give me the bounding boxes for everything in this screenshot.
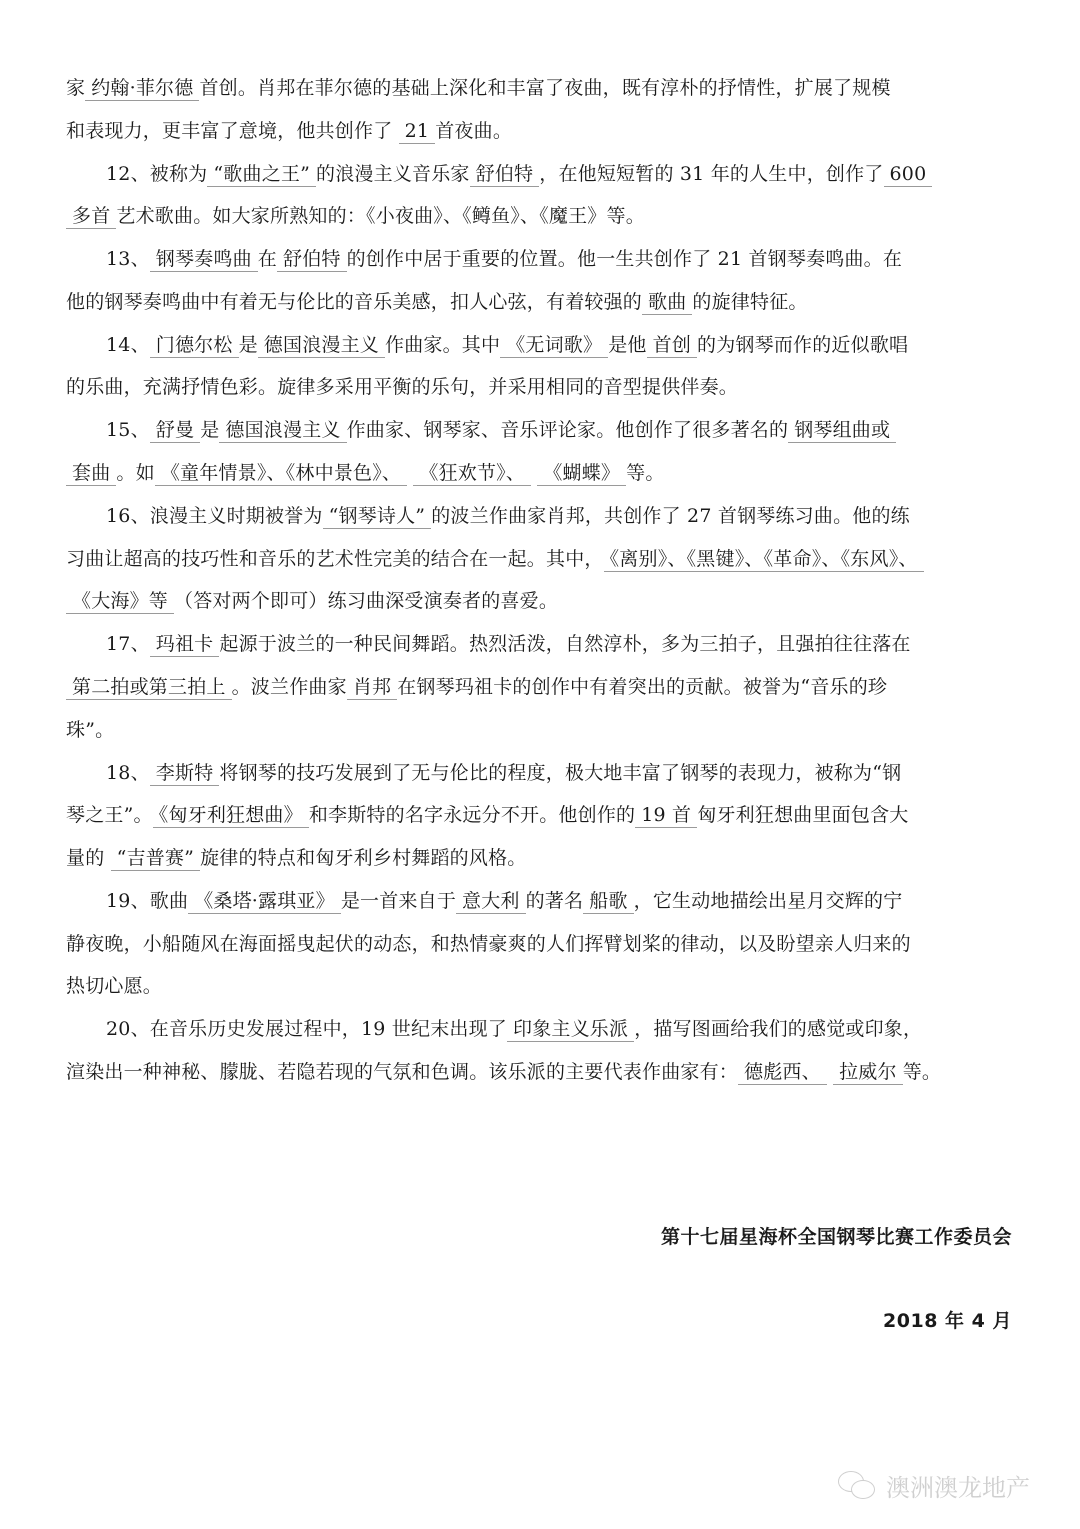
text-line: 他的钢琴奏鸣曲中有着无与伦比的音乐美感，扣人心弦，有着较强的歌曲的旋律特征。 — [66, 290, 1016, 314]
text-run: （答对两个即可）练习曲深受演奏者的喜爱。 — [174, 590, 558, 612]
answer-blank: “歌曲之王” — [207, 163, 316, 187]
answer-blank: 《蝴蝶》 — [537, 462, 626, 486]
text-run: 20、在音乐历史发展过程中，19 世纪末出现了 — [106, 1018, 507, 1040]
text-run: 的浪漫主义音乐家 — [316, 163, 470, 185]
text-run: 他的钢琴奏鸣曲中有着无与伦比的音乐美感，扣人心弦，有着较强的 — [66, 291, 642, 313]
text-run: 13、 — [106, 248, 150, 270]
signature-date: 2018 年 4 月 — [883, 1306, 1012, 1333]
answer-blank: 玛祖卡 — [150, 633, 220, 657]
text-run: 等。 — [903, 1061, 941, 1083]
text-run: 首创。肖邦在菲尔德的基础上深化和丰富了夜曲，既有淳朴的抒情性，扩展了规模 — [199, 77, 890, 99]
answer-blank: 舒伯特 — [277, 248, 347, 272]
text-run: 静夜晚，小船随风在海面摇曳起伏的动态，和热情豪爽的人们挥臂划桨的律动，以及盼望亲… — [66, 933, 911, 955]
text-run: 18、 — [106, 762, 150, 784]
text-line: 13、钢琴奏鸣曲在舒伯特的创作中居于重要的位置。他一生共创作了 21 首钢琴奏鸣… — [106, 247, 1016, 271]
text-line: 《大海》等（答对两个即可）练习曲深受演奏者的喜爱。 — [66, 589, 1016, 613]
answer-blank: 《离别》、《黑键》、《革命》、《东风》、 — [604, 548, 924, 572]
text-run: 19、歌曲 — [106, 890, 188, 912]
text-line: 第二拍或第三拍上。波兰作曲家肖邦在钢琴玛祖卡的创作中有着突出的贡献。被誉为“音乐… — [66, 675, 1016, 699]
text-run: 习曲让超高的技巧性和音乐的艺术性完美的结合在一起。其中， — [66, 548, 604, 570]
text-run: 热切心愿。 — [66, 975, 162, 997]
text-run: 是他 — [608, 334, 646, 356]
text-run: 。波兰作曲家 — [232, 676, 347, 698]
wechat-icon — [838, 1471, 878, 1501]
answer-blank: 钢琴组曲或 — [788, 419, 896, 443]
answer-blank: 首创 — [647, 334, 697, 358]
answer-blank: 套曲 — [66, 462, 116, 486]
text-run: 16、浪漫主义时期被誉为 — [106, 505, 323, 527]
watermark-text: 澳洲澳龙地产 — [886, 1468, 1030, 1503]
text-line: 14、门德尔松是德国浪漫主义作曲家。其中《无词歌》是他首创的为钢琴而作的近似歌唱 — [106, 333, 1016, 357]
answer-blank: 李斯特 — [150, 762, 220, 786]
text-line: 渲染出一种神秘、朦胧、若隐若现的气氛和色调。该乐派的主要代表作曲家有：德彪西、 … — [66, 1060, 1016, 1084]
text-line: 19、歌曲《桑塔·露琪亚》是一首来自于意大利的著名船歌，它生动地描绘出星月交辉的… — [106, 889, 1016, 913]
answer-blank: 拉威尔 — [833, 1061, 903, 1085]
text-line: 15、舒曼是德国浪漫主义作曲家、钢琴家、音乐评论家。他创作了很多著名的钢琴组曲或 — [106, 418, 1016, 442]
answer-blank: 《狂欢节》、 — [413, 462, 531, 486]
answer-blank: 600 — [884, 163, 933, 187]
answer-blank: 门德尔松 — [150, 334, 239, 358]
text-run: 的著名 — [526, 890, 584, 912]
text-run: 珠”。 — [66, 719, 114, 741]
text-run: 在 — [258, 248, 277, 270]
text-run: 是 — [200, 419, 219, 441]
text-run: 首夜曲。 — [435, 120, 512, 142]
document-page: 家约翰·菲尔德首创。肖邦在菲尔德的基础上深化和丰富了夜曲，既有淳朴的抒情性，扩展… — [0, 0, 1080, 1529]
text-line: 热切心愿。 — [66, 974, 1016, 998]
text-run: ，它生动地描绘出星月交辉的宁 — [634, 890, 903, 912]
text-line: 和表现力，更丰富了意境，他共创作了 21首夜曲。 — [66, 119, 1016, 143]
text-run: 渲染出一种神秘、朦胧、若隐若现的气氛和色调。该乐派的主要代表作曲家有： — [66, 1061, 738, 1083]
text-run: 匈牙利狂想曲里面包含大 — [697, 804, 908, 826]
answer-blank: 《桑塔·露琪亚》 — [188, 890, 341, 914]
text-line: 17、玛祖卡起源于波兰的一种民间舞蹈。热烈活泼，自然淳朴，多为三拍子，且强拍往往… — [106, 632, 1016, 656]
text-line: 量的 “吉普赛”旋律的特点和匈牙利乡村舞蹈的风格。 — [66, 846, 1016, 870]
text-run: 作曲家、钢琴家、音乐评论家。他创作了很多著名的 — [347, 419, 789, 441]
text-run: 量的 — [66, 847, 111, 869]
answer-blank: 德国浪漫主义 — [219, 419, 346, 443]
answer-blank: “钢琴诗人” — [323, 505, 432, 529]
text-run: 的为钢琴而作的近似歌唱 — [697, 334, 908, 356]
text-run: 和表现力，更丰富了意境，他共创作了 — [66, 120, 399, 142]
text-line: 家约翰·菲尔德首创。肖邦在菲尔德的基础上深化和丰富了夜曲，既有淳朴的抒情性，扩展… — [66, 76, 1016, 100]
text-line: 12、被称为“歌曲之王”的浪漫主义音乐家舒伯特，在他短短暂的 31 年的人生中，… — [106, 162, 1016, 186]
text-line: 的乐曲，充满抒情色彩。旋律多采用平衡的乐句，并采用相同的音型提供伴奏。 — [66, 375, 1016, 399]
text-run: 的创作中居于重要的位置。他一生共创作了 21 首钢琴奏鸣曲。在 — [347, 248, 902, 270]
answer-blank: 约翰·菲尔德 — [85, 77, 199, 101]
text-run: 14、 — [106, 334, 150, 356]
text-run: 17、 — [106, 633, 150, 655]
watermark: 澳洲澳龙地产 — [838, 1468, 1030, 1503]
text-run: 是 — [239, 334, 258, 356]
text-line: 多首艺术歌曲。如大家所熟知的：《小夜曲》、《鳟鱼》、《魔王》等。 — [66, 204, 1016, 228]
answer-blank: 多首 — [66, 205, 116, 229]
answer-blank: 德彪西、 — [738, 1061, 827, 1085]
text-run: 旋律的特点和匈牙利乡村舞蹈的风格。 — [200, 847, 526, 869]
answer-blank: 《大海》等 — [66, 590, 174, 614]
text-run: 起源于波兰的一种民间舞蹈。热烈活泼，自然淳朴，多为三拍子，且强拍往往落在 — [219, 633, 910, 655]
text-run: 艺术歌曲。如大家所熟知的：《小夜曲》、《鳟鱼》、《魔王》等。 — [116, 205, 645, 227]
text-run: 作曲家。其中 — [385, 334, 500, 356]
text-line: 习曲让超高的技巧性和音乐的艺术性完美的结合在一起。其中，《离别》、《黑键》、《革… — [66, 547, 1016, 571]
answer-blank: 舒伯特 — [470, 163, 540, 187]
text-run: 家 — [66, 77, 85, 99]
answer-blank: 《童年情景》、《林中景色》、 — [155, 462, 407, 486]
answer-blank: 《匈牙利狂想曲》 — [153, 804, 309, 828]
answer-blank: 歌曲 — [642, 291, 692, 315]
text-run: 琴之王”。 — [66, 804, 153, 826]
text-run: 和李斯特的名字永远分不开。他创作的 — [309, 804, 635, 826]
text-line: 琴之王”。《匈牙利狂想曲》和李斯特的名字永远分不开。他创作的19 首匈牙利狂想曲… — [66, 803, 1016, 827]
text-run: 的乐曲，充满抒情色彩。旋律多采用平衡的乐句，并采用相同的音型提供伴奏。 — [66, 376, 738, 398]
text-run: 的波兰作曲家肖邦，共创作了 27 首钢琴练习曲。他的练 — [431, 505, 910, 527]
signature-organization: 第十七届星海杯全国钢琴比赛工作委员会 — [661, 1222, 1012, 1249]
answer-blank: 肖邦 — [347, 676, 397, 700]
text-line: 静夜晚，小船随风在海面摇曳起伏的动态，和热情豪爽的人们挥臂划桨的律动，以及盼望亲… — [66, 932, 1016, 956]
answer-blank: 21 — [399, 120, 436, 144]
answer-blank: 舒曼 — [150, 419, 200, 443]
text-run: ，描写图画给我们的感觉或印象， — [634, 1018, 922, 1040]
text-run: 是一首来自于 — [341, 890, 456, 912]
answer-blank: 19 首 — [635, 804, 697, 828]
text-run: ，在他短短暂的 31 年的人生中，创作了 — [539, 163, 883, 185]
text-line: 套曲。如《童年情景》、《林中景色》、 《狂欢节》、 《蝴蝶》等。 — [66, 461, 1016, 485]
text-line: 16、浪漫主义时期被誉为“钢琴诗人”的波兰作曲家肖邦，共创作了 27 首钢琴练习… — [106, 504, 1016, 528]
answer-blank: 钢琴奏鸣曲 — [150, 248, 258, 272]
answer-blank: 印象主义乐派 — [507, 1018, 634, 1042]
text-run: 的旋律特征。 — [692, 291, 807, 313]
text-run: 12、被称为 — [106, 163, 207, 185]
text-line: 珠”。 — [66, 718, 1016, 742]
text-run: 15、 — [106, 419, 150, 441]
text-line: 20、在音乐历史发展过程中，19 世纪末出现了印象主义乐派，描写图画给我们的感觉… — [106, 1017, 1016, 1041]
answer-blank: 《无词歌》 — [500, 334, 608, 358]
text-run: 等。 — [626, 462, 664, 484]
text-line: 18、李斯特将钢琴的技巧发展到了无与伦比的程度，极大地丰富了钢琴的表现力，被称为… — [106, 761, 1016, 785]
answer-blank: “吉普赛” — [111, 847, 200, 871]
text-run: 在钢琴玛祖卡的创作中有着突出的贡献。被誉为“音乐的珍 — [397, 676, 887, 698]
answer-blank: 德国浪漫主义 — [258, 334, 385, 358]
text-run: 将钢琴的技巧发展到了无与伦比的程度，极大地丰富了钢琴的表现力，被称为“钢 — [219, 762, 901, 784]
answer-blank: 船歌 — [583, 890, 633, 914]
answer-blank: 第二拍或第三拍上 — [66, 676, 232, 700]
text-run: 。如 — [116, 462, 154, 484]
answer-blank: 意大利 — [456, 890, 526, 914]
